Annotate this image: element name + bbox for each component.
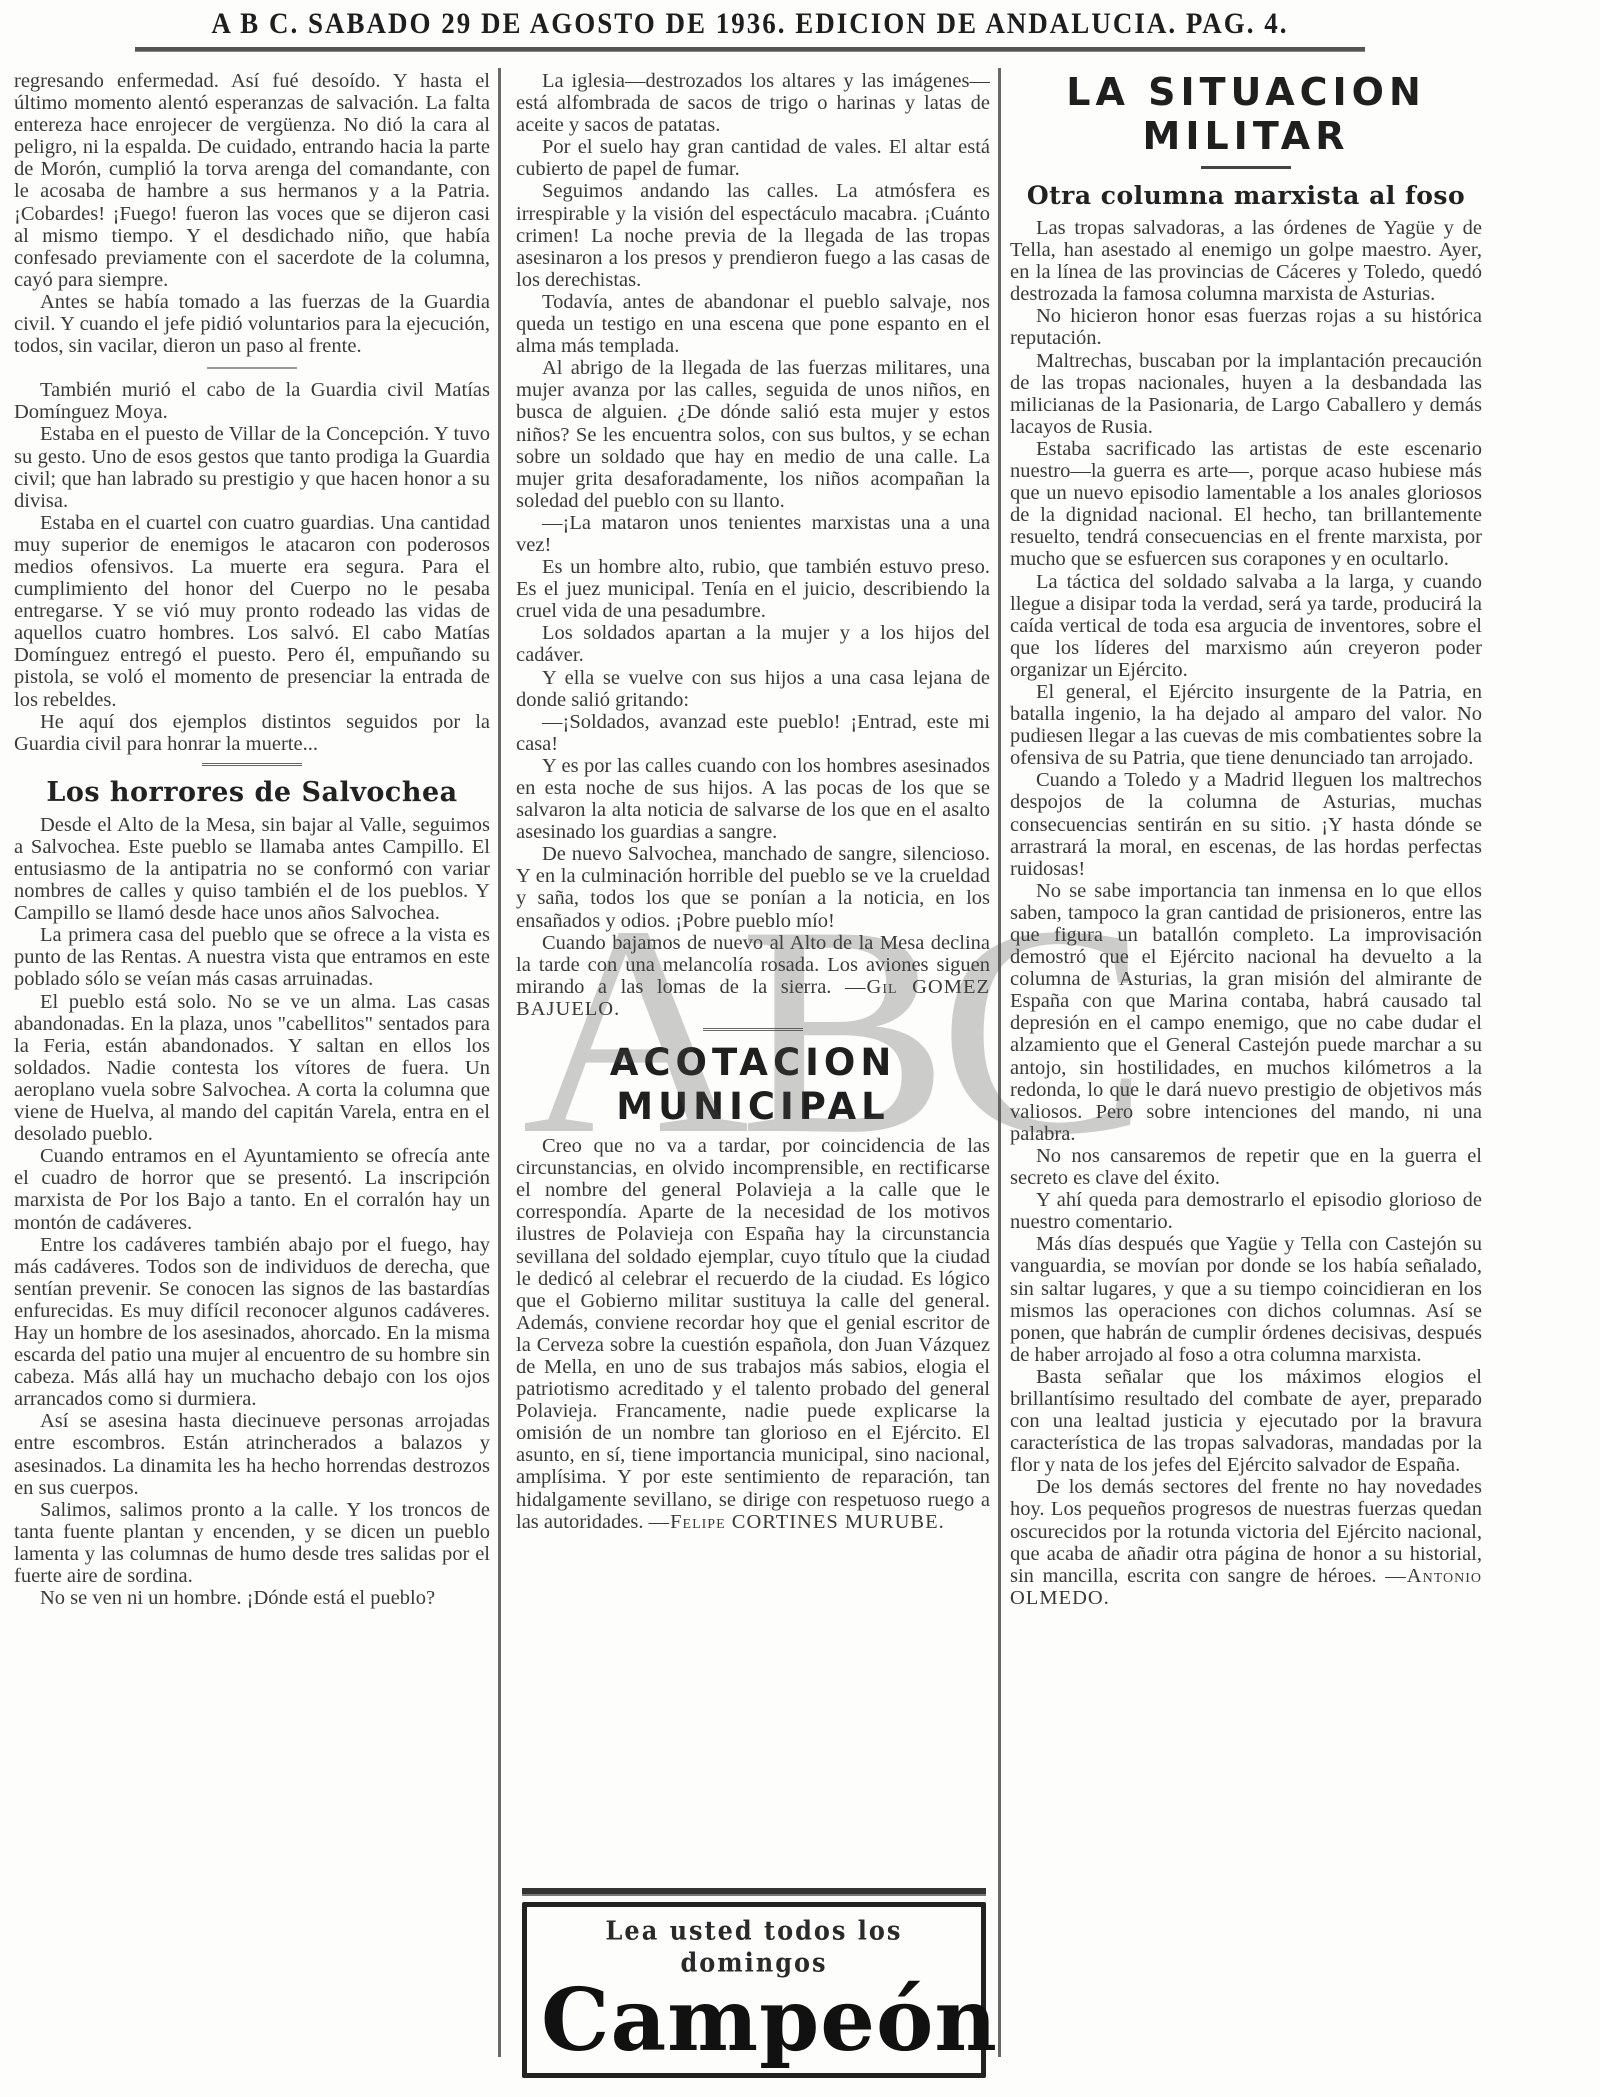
paragraph: Así se asesina hasta diecinueve personas… (14, 1410, 490, 1498)
section-headline: ACOTACION MUNICIPAL (516, 1041, 990, 1129)
paragraph: Maltrechas, buscaban por la implantación… (1010, 350, 1482, 438)
paragraph: Al abrigo de la llegada de las fuerzas m… (516, 357, 990, 512)
paragraph: De nuevo Salvochea, manchado de sangre, … (516, 843, 990, 931)
column-right: LA SITUACION MILITAR Otra columna marxis… (1010, 70, 1482, 2057)
page-headline: LA SITUACION MILITAR (1010, 70, 1482, 158)
paragraph: Y es por las calles cuando con los hombr… (516, 755, 990, 843)
paragraph: Entre los cadáveres también abajo por el… (14, 1234, 490, 1411)
article-body-bottom: Desde el Alto de la Mesa, sin bajar al V… (14, 814, 490, 1609)
advertisement: Lea usted todos los domingos Campeón (522, 1888, 986, 2078)
headline-separator (1201, 166, 1291, 169)
masthead: A B C. SABADO 29 DE AGOSTO DE 1936. EDIC… (140, 2, 1360, 44)
section-title: Los horrores de Salvochea (14, 776, 490, 810)
paragraph: La primera casa del pueblo que se ofrece… (14, 924, 490, 990)
ad-tagline: Lea usted todos los domingos (541, 1914, 967, 1978)
paragraph: Por el suelo hay gran cantidad de vales.… (516, 136, 990, 180)
paragraph: regresando enfermedad. Así fué desoído. … (14, 70, 490, 291)
ad-top-rule (522, 1888, 986, 1896)
paragraph: Todavía, antes de abandonar el pueblo sa… (516, 291, 990, 357)
paragraph: Antes se había tomado a las fuerzas de l… (14, 291, 490, 357)
paragraph: La iglesia—destrozados los altares y las… (516, 70, 990, 136)
paragraph: Basta señalar que los máximos elogios el… (1010, 1366, 1482, 1476)
paragraph: La táctica del soldado salvaba a la larg… (1010, 571, 1482, 681)
paragraph: He aquí dos ejemplos distintos seguidos … (14, 711, 490, 755)
paragraph: No se sabe importancia tan inmensa en lo… (1010, 880, 1482, 1145)
paragraph: Desde el Alto de la Mesa, sin bajar al V… (14, 814, 490, 924)
paragraph: Creo que no va a tardar, por coincidenci… (516, 1135, 990, 1533)
masthead-rule (135, 47, 1365, 52)
article-body: Las tropas salvadoras, a las órdenes de … (1010, 217, 1482, 1609)
paragraph: No hicieron honor esas fuerzas rojas a s… (1010, 305, 1482, 349)
paragraph: Seguimos andando las calles. La atmósfer… (516, 180, 990, 290)
paragraph: De los demás sectores del frente no hay … (1010, 1476, 1482, 1609)
paragraph: Cuando entramos en el Ayuntamiento se of… (14, 1145, 490, 1233)
section-separator (703, 1028, 803, 1031)
paragraph: —¡Soldados, avanzad este pueblo! ¡Entrad… (516, 711, 990, 755)
paragraph: No se ven ni un hombre. ¡Dónde está el p… (14, 1587, 490, 1609)
author-signature: —Felipe CORTINES MURUBE. (649, 1511, 945, 1533)
column-divider (498, 68, 501, 2057)
ad-box: Lea usted todos los domingos Campeón (522, 1902, 986, 2078)
paragraph: Cuando bajamos de nuevo al Alto de la Me… (516, 932, 990, 1020)
article-body-top: regresando enfermedad. Así fué desoído. … (14, 70, 490, 755)
paragraph: También murió el cabo de la Guardia civi… (14, 379, 490, 423)
section-title: Otra columna marxista al foso (1010, 179, 1482, 213)
paragraph: Salimos, salimos pronto a la calle. Y lo… (14, 1499, 490, 1587)
section-separator (207, 367, 297, 369)
paragraph: Cuando a Toledo y a Madrid lleguen los m… (1010, 769, 1482, 879)
paragraph: Es un hombre alto, rubio, que también es… (516, 556, 990, 622)
paragraph: Los soldados apartan a la mujer y a los … (516, 622, 990, 666)
masthead-text: A B C. SABADO 29 DE AGOSTO DE 1936. EDIC… (211, 6, 1288, 40)
paragraph: Las tropas salvadoras, a las órdenes de … (1010, 217, 1482, 305)
paragraph: Estaba sacrificado las artistas de este … (1010, 438, 1482, 571)
column-divider (998, 68, 1001, 2057)
paragraph: Y ahí queda para demostrarlo el episodio… (1010, 1189, 1482, 1233)
paragraph: Y ella se vuelve con sus hijos a una cas… (516, 667, 990, 711)
paragraph: El pueblo está solo. No se ve un alma. L… (14, 991, 490, 1146)
paragraph: No nos cansaremos de repetir que en la g… (1010, 1145, 1482, 1189)
section-separator (202, 763, 302, 766)
article-body-top: La iglesia—destrozados los altares y las… (516, 70, 990, 1020)
column-left: regresando enfermedad. Así fué desoído. … (14, 70, 490, 2057)
paragraph: Estaba en el cuartel con cuatro guardias… (14, 512, 490, 711)
column-middle: La iglesia—destrozados los altares y las… (516, 70, 990, 1867)
ad-brand: Campeón (541, 1975, 967, 2067)
paragraph: —¡La mataron unos tenientes marxistas un… (516, 512, 990, 556)
paragraph: Estaba en el puesto de Villar de la Conc… (14, 423, 490, 511)
paragraph: El general, el Ejército insurgente de la… (1010, 681, 1482, 769)
article-body-bottom: Creo que no va a tardar, por coincidenci… (516, 1135, 990, 1533)
paragraph: Más días después que Yagüe y Tella con C… (1010, 1233, 1482, 1366)
